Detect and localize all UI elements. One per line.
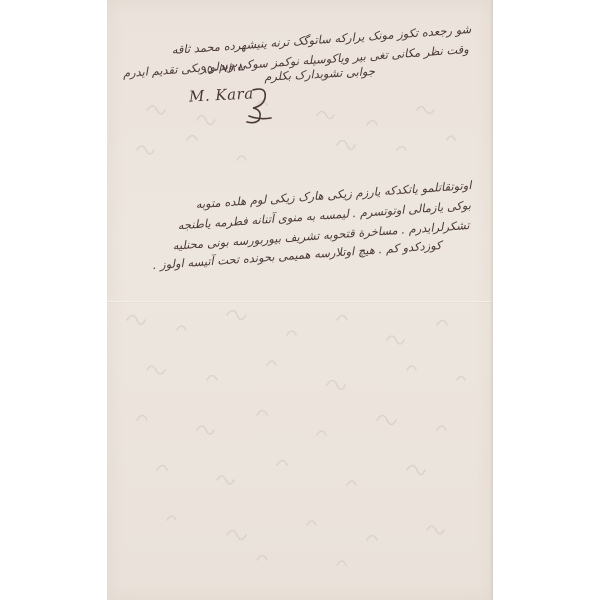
signature-flourish-icon bbox=[243, 86, 283, 126]
bleed-through-texture bbox=[107, 0, 493, 600]
fold-crease bbox=[107, 301, 493, 303]
scan-canvas: شو رجعده تکوز مونک یرارکه ساتوگک ترنه ین… bbox=[0, 0, 600, 600]
letter-paper: شو رجعده تکوز مونک یرارکه ساتوگک ترنه ین… bbox=[107, 0, 493, 600]
